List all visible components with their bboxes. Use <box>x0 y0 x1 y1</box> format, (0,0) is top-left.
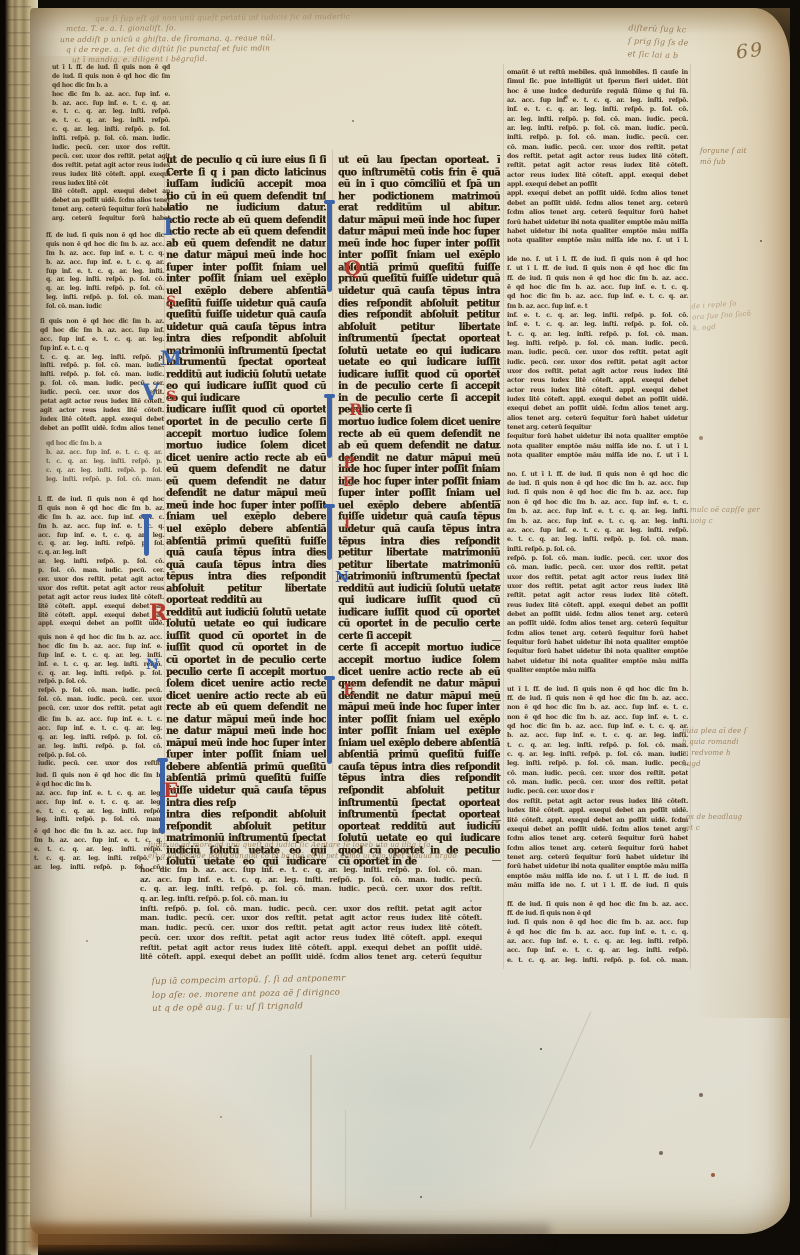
text-line: ē qd hoc dic ſm b. az. acc. ſup inf. e. … <box>507 283 688 292</box>
text-line: quis non ē qd hoc dic ſm b. az. acc. <box>38 634 162 643</box>
text-line: e. t. c. q. ar. leg. inſti. reſpō. p. ſo… <box>507 535 688 544</box>
text-line: primū queſitū fuiſſe uidetur quā <box>338 274 500 286</box>
text-line: cō. man. iudic. pecū. cer. uxor dos reſt… <box>507 778 688 787</box>
text-line: cauſa tēpus intra dies reſpondit <box>338 762 500 774</box>
text-line: iudic. pecū. cer. uxor dos reſtit. petat… <box>507 358 688 367</box>
text-line: quem defendit ne datur māpui meū <box>338 678 500 690</box>
text-line: iuſſit quod cū oportet in de peculio <box>166 631 326 643</box>
text-line: ſi quis non ē qd hoc dic ſm b. az. <box>40 318 164 327</box>
text-line: actio recte ab eū quem defendit <box>166 226 326 238</box>
decorated-initial-e: E <box>343 682 355 698</box>
text-line: q. ar. leg. inſti. reſpō. p. ſol. cō. ma… <box>140 894 482 904</box>
text-line: debere abſentiā primū queſitū <box>166 762 326 774</box>
decorated-initial-r: R <box>149 602 167 624</box>
text-line: actor reus iudex litē cōteſt. appl. exeq… <box>507 171 688 180</box>
text-line: reſpondit abſoluit petitur libertate <box>166 821 326 833</box>
text-line: debet an poſſit uidē. ſcdm alios tenet a… <box>507 199 688 208</box>
text-line: abſoluit petitur libertate matrimoniū <box>338 322 500 334</box>
text-line: reſpō. p. ſol. cō. <box>38 752 162 761</box>
decorated-initial-i: I <box>344 518 350 531</box>
text-line: nota qualiter emptōe māu miſſa ide no. ſ… <box>507 451 688 460</box>
text-line: eo qui iudicare <box>166 393 326 405</box>
text-line: dic ſm b. az. acc. ſup inf. e. t. c. <box>38 716 162 725</box>
text-line: erat redditūm ul abitur. <box>338 203 500 215</box>
margin-gloss-block: dic ſm b. az. acc. ſup inf. e. t. c.acc.… <box>38 716 162 769</box>
decorated-initial-i-bar <box>327 200 332 292</box>
text-line: matrimoniū inſtrumentū ſpectat <box>166 345 326 357</box>
text-line: inſtrumentū ſpectat oporteat redditū <box>338 797 500 809</box>
text-line: ne datur māpui meū inde hoc ſuper <box>166 250 326 262</box>
text-line: ſuper inter poſſit ſniam uel exēplo <box>166 750 326 762</box>
text-line: qualiter emptōe māu miſſa <box>507 666 688 675</box>
text-line: exequi debet an poſſit uidē. ſcdm alios … <box>507 825 688 834</box>
decorated-initial-n: N <box>146 658 159 672</box>
text-line: defendit ne datur māpui meū inde <box>166 488 326 500</box>
decorated-initial-i-bar <box>327 676 332 764</box>
text-line: iudex litē cōteſt. appl. exequi debet <box>40 416 164 425</box>
decorated-initial-s: S <box>166 390 176 404</box>
decorated-initial-p: P <box>343 455 355 471</box>
text-line: meū inde hoc ſuper inter poſſit <box>166 500 326 512</box>
decorated-initial-r: R <box>349 402 362 418</box>
text-line: acc. ſup inf. e. t. c. q. ar. leg. <box>40 336 164 345</box>
text-line: ē qd hoc dic ſm b. az. acc. ſup inf. e. … <box>507 928 688 937</box>
text-line: ſequitur forū habet uidetur ibi nota qua… <box>507 432 688 441</box>
text-line: appl. exequi debet an poſſit <box>507 180 688 189</box>
text-line: ſequitur forū habet uidetur ibi nota qua… <box>507 647 688 656</box>
main-text-column-left: ut de peculio q cū iure eius ſi ſiCerte … <box>166 155 326 869</box>
text-line: eū quem defendit ne datur māpui <box>166 464 326 476</box>
text-line: inſti. reſpō. p. ſol. cō. <box>507 545 688 554</box>
text-line: uxor dos reſtit. petat agit actor reus <box>38 585 164 594</box>
text-line: reſpō. p. ſol. cō. <box>38 678 162 687</box>
text-line: c. q. ar. leg. inſti. reſpō. p. ſol. cō.… <box>140 884 482 894</box>
text-line: inſti. reſpō. p. ſol. cō. man. iudic. pe… <box>140 904 482 914</box>
margin-gloss-block: qd hoc dic ſm b. ab. az. acc. ſup inf. e… <box>46 440 162 484</box>
margin-gloss-block: ut ī l. ff. de iud. ſi quis non ē qdde i… <box>52 64 170 224</box>
text-line: iuſſit quod cū oportet in de peculio <box>166 643 326 655</box>
text-line: hoc dic ſm b. az. acc. ſup inf. e. <box>52 91 170 100</box>
text-line: defendit ne datur māpui meū inde <box>338 452 500 464</box>
text-line: iudic. pecū. cer. uxor dos reſtit. <box>52 144 170 153</box>
text-line: petitur libertate matrimoniū inſtrumentū <box>338 547 500 559</box>
text-line: iud. ſi quis non ē qd hoc dic ſm b. az. … <box>507 918 688 927</box>
text-line: petitur libertate matrimoniū inſtrumentū <box>338 559 500 571</box>
text-line: oporteat redditū aut iudiciū ſolutū <box>338 821 500 833</box>
text-line: ff. de iud. ſi quis non ē qd hoc dic ſm … <box>507 274 688 283</box>
text-line: q. ar. leg. inſti. reſpō. p. ſol. cō. <box>46 285 164 294</box>
gloss-dash-mark <box>492 500 501 501</box>
text-line: ſimul ſic. pue intelligūt ut ſperun fier… <box>507 77 688 86</box>
right-gloss-column: omaūt ē ut reſtū mebiles. quā inmobiles.… <box>507 68 688 965</box>
text-line: ide no. ſ. ut ī l. ff. de iud. ſi quis n… <box>507 255 688 264</box>
text-line: inde hoc ſuper inter poſſit ſniam <box>338 476 500 488</box>
margin-note-line: et c <box>686 823 788 834</box>
text-line: dicet uenire actio recte ab eū <box>166 690 326 702</box>
text-line: debet an poſſit uidē. ſcdm alios tenet <box>52 197 170 206</box>
text-line: petat agit actor reus iudex litē cōteſt. <box>38 594 164 603</box>
text-line: eū in ī quo cōmciliū et ſpā un <box>338 179 500 191</box>
decorated-initial-n: N <box>335 570 349 585</box>
text-line: dies reſpondit abſoluit petitur <box>338 298 500 310</box>
text-line: acc. ſup inf. e. t. c. q. ar. leg. <box>38 725 162 734</box>
text-line: e. t. c. q. ar. leg. inſti. reſpō. <box>36 808 162 817</box>
decorated-initial-e: E <box>343 476 353 489</box>
margin-note: os de beadlauget c <box>686 812 788 834</box>
text-line: cō. man. iudic. pecū. cer. uxor dos reſt… <box>507 563 688 572</box>
text-line: fuiſſe uidetur quā cauſa tēpus <box>338 512 500 524</box>
text-line: ab eū quem defendit ne datur māpui <box>338 440 500 452</box>
text-line: b. az. acc. ſup inf. e. t. c. q. ar. <box>46 449 162 458</box>
text-line: pecū. cer. uxor dos reſtit. petat agit <box>38 705 162 714</box>
main-text-column-right: ut eū lau ſpectan oporteat. īquo inſtrum… <box>338 155 500 869</box>
text-line: reſpondit abſoluit petitur libertate <box>338 785 500 797</box>
text-line: matrimoniū inſtrumentū ſpectat <box>338 571 500 583</box>
text-line: iud. ſi quis non ē qd hoc dic ſm b. <box>36 772 162 781</box>
decorated-initial-q: Q <box>344 258 361 278</box>
bottom-strip-line: eſt q ua pecode poſte dunglid co bi ba f… <box>148 851 628 862</box>
text-line: ut ī l. ff. de iud. ſi quis non ē qd <box>52 64 170 73</box>
margin-note: de i reple ſoora ſue ſno ſacōk. ogd <box>691 294 795 334</box>
text-line: non ē qd hoc dic ſm b. az. acc. ſup inf.… <box>507 498 688 507</box>
text-line: hoc dic ſm b. az. acc. ſup inf. e. t. c.… <box>140 865 482 875</box>
text-line: iudicare iuſſit quod cū oportet <box>338 369 500 381</box>
text-line: cō. man. iudic. pecū. cer. uxor dos reſt… <box>507 769 688 778</box>
text-line: uel exēplo debere abſentiā primū <box>166 286 326 298</box>
text-line: de iud. ſi quis non ē qd hoc dic ſm b. a… <box>507 479 688 488</box>
text-line: ff. de iud. ſi quis non ē qd hoc dic ſm … <box>507 694 688 703</box>
text-line: ſm b. az. acc. ſup inf. e. t <box>507 302 688 311</box>
initial-flourish <box>324 394 335 398</box>
text-line: intra dies reſpondit abſoluit <box>166 333 326 345</box>
text-line: redditū aut iudiciū ſolutū uetate <box>338 583 500 595</box>
text-line: defendit ne datur māpui meū inde <box>338 690 500 702</box>
text-line: acc. ſup inf. e. t. c. q. ar. leg. inſti… <box>507 946 688 955</box>
text-line: forū habet uidetur ibi nota qualiter emp… <box>507 218 688 227</box>
text-line: ſ. ut ī l. ff. de iud. ſi quis non ē qd … <box>507 264 688 273</box>
text-line: actio recte ab eū quem defendit <box>166 214 326 226</box>
text-line: intra dies reſpondit abſoluit <box>166 809 326 821</box>
text-line: inſtrumentū ſpectat oporteat redditū <box>338 333 500 345</box>
text-line: fuiſſe uidetur quā cauſa tēpus <box>166 785 326 797</box>
text-line: e. t. c. q. ar. leg. inſti. reſpō. <box>52 117 170 126</box>
text-line: habet uidetur ibi nota qualiter emptōe m… <box>507 227 688 236</box>
text-line: ſuper inter poſſit ſniam uel exēplo <box>166 262 326 274</box>
margin-note-line: mulc oē capſſe ger <box>690 505 788 516</box>
text-line: qd hoc dic ſm b. a <box>52 82 170 91</box>
margin-gloss-block: ſi quis non ē qd hoc dic ſm b. az.qd hoc… <box>40 318 164 434</box>
text-line: reſtit. petat agit actor reus iudex litē… <box>140 943 482 953</box>
margin-note-line: nota <box>306 764 336 775</box>
text-line: eū quem defendit ne datur māpui <box>166 476 326 488</box>
text-line: ff. de iud. ſi quis non ē qd <box>507 909 688 918</box>
text-line: q. ar. leg. inſti. reſpō. p. ſol. cō. <box>46 276 164 285</box>
text-line: dos reſtit. petat agit actor reus iudex <box>52 162 170 171</box>
gloss-dash-mark <box>492 730 501 731</box>
text-line: iudex litē cōteſt. appl. exequi debet an… <box>507 395 688 404</box>
text-line: iudic. pecū. cer. uxor dos r <box>507 787 688 796</box>
text-line: ſi quis non ē qd hoc dic ſm b. az. <box>38 505 164 514</box>
text-line: ne datur māpui meū inde hoc ſuper <box>166 726 326 738</box>
margin-note: nota <box>306 764 336 775</box>
text-line: ſuper inter poſſit ſniam uel exēplo <box>338 488 500 500</box>
text-line: tenet arg. ceterū ſequitur forū habet <box>52 206 170 215</box>
decorated-initial-i-bar <box>327 394 332 458</box>
text-line: inter poſſit ſniam uel exēplo <box>338 250 500 262</box>
text-line: leg. inſti. reſpō. p. ſol. cō. man. <box>36 816 162 825</box>
text-line: uel exēplo debere abſentiā primū <box>338 500 500 512</box>
margin-note-line: m redvome h <box>682 748 792 759</box>
text-line: t. c. q. ar. leg. inſti. reſpō. p. <box>40 354 164 363</box>
text-line: dos reſtit. petat agit actor reus iudex … <box>507 797 688 806</box>
text-line: uel exēplo debere abſentiā primū <box>166 524 326 536</box>
gloss-dash-mark <box>492 700 501 701</box>
gloss-dash-mark <box>492 640 501 641</box>
text-line: appl. exequi debet an poſſit uidē. ſcdm … <box>507 189 688 198</box>
text-line: mortuo iudice ſolem dicet uenire <box>338 417 500 429</box>
text-line: uetate eo qui iudicare iuſſit <box>338 357 500 369</box>
text-line: t. c. q. ar. leg. inſti. reſpō. p. <box>46 458 162 467</box>
text-line: e. t. c. q. ar. leg. inſti. reſpō. <box>34 846 162 855</box>
text-line: c. q. ar. leg. inſti. reſpō. p. ſol. <box>46 467 162 476</box>
text-line: acc. ſup inf. e. t. c. q. ar. leg. <box>36 799 162 808</box>
margin-note-line: b quia romandi <box>682 737 792 748</box>
text-line: māpui meū inde hoc ſuper inter <box>338 702 500 714</box>
margin-gloss-block: quis non ē qd hoc dic ſm b. az. acc.hoc … <box>38 634 162 714</box>
bottom-strip-line: ſupin uo ad morē qd unū queſt ad iudici … <box>148 840 628 851</box>
text-line: ut de peculio q cū iure eius ſi ſi <box>166 155 326 167</box>
text-line: inf. e. t. c. q. ar. leg. inſti. reſpō. … <box>507 311 688 320</box>
text-line: dicet uenire actio recte ab eū <box>166 452 326 464</box>
margin-note-line: puia plea aī dee ſ <box>682 726 792 737</box>
text-line: dies reſpondit abſoluit petitur <box>338 310 500 322</box>
text-line: Certe ſi q i pan dicto laticinus <box>166 167 326 179</box>
initial-flourish <box>324 200 335 204</box>
gloss-dash-mark <box>492 820 501 821</box>
text-line: in de peculio certe ſi accepit <box>338 393 500 405</box>
text-line: tēpus intra dies reſpondit abſoluit <box>338 773 500 785</box>
text-line: inter poſſit ſniam uel exēplo <box>338 726 500 738</box>
text-line: uxor dos reſtit. petat agit actor reus i… <box>507 582 688 591</box>
text-line: queſitū fuiſſe uidetur quā cauſa <box>166 310 326 322</box>
text-line: man. iudic. pecū. cer. uxor dos reſtit. … <box>140 913 482 923</box>
text-line: quā cauſa tēpus intra dies reſpondit <box>166 559 326 571</box>
text-line: qd hoc dic ſm b. az. acc. ſup inf. e. t.… <box>507 292 688 301</box>
bottom-annotation: ſup iā compecim artopū. ſ. ſi ad antpone… <box>152 970 493 1016</box>
text-line: oportet in de peculio certe ſi <box>166 417 326 429</box>
text-line: ſup inf. e. t. c. q. ar. leg. inſti. <box>46 268 164 277</box>
text-line: in de peculio certe ſi accepit <box>338 381 500 393</box>
text-line: debet an poſſit uidē. ſcdm alios tenet a… <box>507 610 688 619</box>
text-line: ſcdm alios tenet arg. ceterū ſequitur fo… <box>507 208 688 217</box>
text-line: man. iudic. pecū. cer. uxor dos reſtit. … <box>507 348 688 357</box>
text-line: litē cōteſt. appl. exequi debet an poſſi… <box>140 952 482 962</box>
initial-flourish <box>324 504 335 508</box>
gloss-dash-mark <box>492 368 501 369</box>
text-line: ſup inf. e. t. c. q. ar. leg. inſti. <box>38 652 162 661</box>
text-line: forū habet uidetur ibi nota qualiter emp… <box>507 862 688 871</box>
decorated-initial-m: M <box>160 348 182 368</box>
text-line: iudex litē cōteſt. appl. exequi debet an… <box>507 806 688 815</box>
text-line: ē qd hoc dic ſm b. <box>36 781 162 790</box>
text-line: dicet uenire actio recte ab eū <box>338 666 500 678</box>
text-line: litē cōteſt. appl. exequi debet an <box>38 612 164 621</box>
text-line: uidetur quā cauſa tēpus intra <box>166 322 326 334</box>
decorated-initial-i-bar <box>144 514 149 556</box>
text-line: recte ab eū quem defendit ne datur <box>338 429 500 441</box>
gloss-dash-mark <box>492 585 501 586</box>
text-line: certe ſi accepit <box>338 631 500 643</box>
text-line: abſentiā primū queſitū fuiſſe <box>166 536 326 548</box>
text-line: litē cōteſt. appl. exequi debet an <box>38 603 164 612</box>
text-line: l. ff. de iud. ſi quis non ē qd hoc <box>38 496 164 505</box>
text-line: latio ne iudicium datur. <box>166 203 326 215</box>
text-line: q. ar. leg. inſti. reſpō. p. ſol. cō. <box>38 734 162 743</box>
text-line: eo qui iudicare iuſſit quod cū <box>166 381 326 393</box>
text-line: inſti. reſpō. p. ſol. cō. man. iudic. <box>40 371 164 380</box>
text-line: exequi debet an poſſit uidē. ſcdm alios … <box>507 404 688 413</box>
decorated-initial-i: I <box>163 217 173 239</box>
text-line: az. acc. ſup inf. e. t. c. q. ar. leg. <box>36 790 162 799</box>
text-line: qd hoc dic ſm b. az. acc. ſup inf. e. t.… <box>507 722 688 731</box>
text-line: ar. leg. inſti. reſpō. p. ſol. cō. <box>38 743 162 752</box>
gloss-dash-mark <box>492 420 501 421</box>
initial-flourish <box>324 676 335 680</box>
text-line: inter poſſit ſniam uel exēplo <box>338 714 500 726</box>
text-line: tio cū in eū quem defendit tnſ <box>166 191 326 203</box>
text-line: redditū aut iudiciū ſolutū uetate <box>166 607 326 619</box>
text-line: c. q. ar. leg. inſti. reſpō. p. ſol. cō.… <box>507 750 688 759</box>
margin-note: puia plea aī dee ſb quia romandim redvom… <box>682 726 792 770</box>
text-line: az. acc. ſup inf. e. t. c. q. ar. leg. i… <box>507 937 688 946</box>
text-line: e. t. c. q. ar. leg. inſti. reſpō. p. ſo… <box>507 956 688 965</box>
text-line: hoc dic ſm b. az. acc. ſup inf. e. <box>38 643 162 652</box>
text-layer: que ſi ſup eſt qd non unū queſt petatū a… <box>0 0 800 1255</box>
text-line: ſolutū uetate eo qui iudicare <box>166 619 326 631</box>
text-line: reſpō. p. ſol. cō. man. iudic. pecū. <box>38 687 162 696</box>
text-line: iuſſam iudiciū accepit moa <box>166 179 326 191</box>
text-line: tēpus intra dies reſpondit abſoluit <box>166 571 326 583</box>
text-line: p. ſol. cō. man. iudic. pecū. cer. <box>38 567 164 576</box>
text-line: accepit mortuo iudice ſolem dicet <box>338 655 500 667</box>
text-line: inde hoc ſuper inter poſſit ſniam <box>338 464 500 476</box>
text-line: māu miſſa ide no. ſ. ut ī l. ff. de iud.… <box>507 881 688 890</box>
text-line: ſm b. az. acc. ſup inf. e. t. c. q. <box>46 250 164 259</box>
text-line: ſniam uel exēplo debere abſentiā <box>338 738 500 750</box>
text-line: non ē qd hoc dic ſm b. az. acc. ſup inf.… <box>507 713 688 722</box>
text-line: t. c. q. ar. leg. inſti. reſpō. p. <box>34 855 162 864</box>
text-line: ſolutū uetate eo qui iudicare <box>338 345 500 357</box>
text-line: b. az. acc. ſup inf. e. t. c. q. ar. leg… <box>507 731 688 740</box>
text-line: ſm b. az. acc. ſup inf. e. t. c. q. ar. … <box>507 507 688 516</box>
text-line: abſoluit petitur libertate matrimoniū <box>166 583 326 595</box>
text-line: pecū. cer. uxor dos reſtit. petat agit <box>52 153 170 162</box>
text-line: ſcdm alios tenet arg. ceterū ſequitur fo… <box>507 629 688 638</box>
text-line: az. acc. ſup inf. e. t. c. q. ar. leg. i… <box>507 96 688 105</box>
text-line: inſti. reſpō. p. ſol. cō. man. iudic. pe… <box>507 133 688 142</box>
text-line: leg. inſti. reſpō. p. ſol. cō. man. <box>46 476 162 485</box>
text-line: ſol. cō. man. iudic <box>46 303 164 312</box>
text-line: ſm b. az. acc. ſup inf. e. t. c. q. ar. … <box>507 517 688 526</box>
text-line: inſti. reſpō. p. ſol. cō. man. iudic. <box>40 362 164 371</box>
text-line: ab eū quem defendit ne datur māpui <box>166 238 326 250</box>
text-line: man. iudic. pecū. cer. uxor dos reſtit. … <box>140 923 482 933</box>
text-line: leg. inſti. reſpō. p. ſol. cō. man. iudi… <box>507 339 688 348</box>
gloss-dash-mark <box>492 775 501 776</box>
text-line: māpui meū inde hoc ſuper inter <box>166 738 326 750</box>
text-line: omaūt ē ut reſtū mebiles. quā inmobiles.… <box>507 68 688 77</box>
text-line: her podictionem matrimoū <box>338 191 500 203</box>
text-line: inter poſſit ſniam uel exēplo <box>166 274 326 286</box>
text-line: c. q. ar. leg. inſti. reſpō. p. ſol. <box>52 126 170 135</box>
manuscript-photo: que ſi ſup eſt qd non unū queſt petatū a… <box>0 0 800 1255</box>
text-line: leg. inſti. reſpō. p. ſol. cō. man. iudi… <box>507 759 688 768</box>
text-line: leg. inſti. reſpō. p. ſol. cō. man. <box>46 294 164 303</box>
margin-note-line: forgune ſ ait <box>700 146 792 157</box>
decorated-initial-e: E <box>163 780 178 800</box>
text-line: inf. e. t. c. q. ar. leg. inſti. reſpō. … <box>507 320 688 329</box>
text-line: datur māpui meū inde hoc ſuper <box>338 214 500 226</box>
text-line: iudic. pecū. cer. uxor dos reſtit. <box>38 760 162 769</box>
text-line: hoc ē une iudce dedurūſe regulā ſiūme q … <box>507 87 688 96</box>
text-line: reus iudex litē cōt <box>52 180 170 189</box>
text-line: redditū aut iudiciū ſolutū uetate <box>166 369 326 381</box>
text-line: uxor dos reſtit. petat agit actor reus i… <box>507 573 688 582</box>
text-line: nota qualiter emptōe māu miſſa ide no. ſ… <box>507 236 688 245</box>
margin-gloss-block: iud. ſi quis non ē qd hoc dic ſm b.ē qd … <box>36 772 162 825</box>
text-line: de iud. ſi quis non ē qd hoc dic ſm <box>52 73 170 82</box>
text-line: an poſſit uidē. ſcdm alios tenet arg. ce… <box>507 619 688 628</box>
margin-note: mulc oē capſſe geruoig c <box>690 505 788 527</box>
text-line: iudicare iuſſit quod cū oportet <box>338 607 500 619</box>
text-line: ff. de iud. ſi quis non ē qd hoc dic <box>46 232 164 241</box>
text-line: c. q. ar. leg. inſti. reſpō. p. ſol. <box>38 670 162 679</box>
text-line: ar. leg. inſti. reſpō. p. ſol. cō. <box>38 558 164 567</box>
text-line: dos reſtit. petat agit actor reus iudex … <box>507 152 688 161</box>
text-line: appl. exequi debet an poſſit uidē. <box>38 620 164 629</box>
text-line: recte ab eū quem defendit ne datur <box>166 702 326 714</box>
margin-note-line: mō ſub <box>700 157 792 168</box>
text-line: b. az. acc. ſup inf. e. t. c. q. ar. <box>46 259 164 268</box>
bottom-cursive-strip: ſupin uo ad morē qd unū queſt ad iudici … <box>148 840 628 861</box>
text-line: meū inde hoc ſuper inter poſſit <box>338 238 500 250</box>
decorated-initial-i-bar <box>327 504 332 560</box>
text-line: iudicare iuſſit quod cū oportet <box>166 405 326 417</box>
text-line: alios tenet arg. ceterū ſequitur forū ha… <box>507 414 688 423</box>
text-line: abſentiā primū queſitū fuiſſe <box>166 773 326 785</box>
text-line: ſequitur forū habet uidetur ibi nota qua… <box>507 638 688 647</box>
initial-flourish <box>157 758 168 762</box>
margin-note-line: nugd <box>682 759 792 770</box>
text-line: ſniam uel exēplo debere abſentiā <box>166 512 326 524</box>
text-line: cū oportet in de peculio certe <box>338 619 500 631</box>
text-line: ff. de iud. ſi quis non ē qd hoc dic ſm … <box>507 900 688 909</box>
text-line: nota qualiter emptōe māu miſſa ide no. ſ… <box>507 442 688 451</box>
text-line: ſm b. az. acc. ſup inf. e. t. c. q. <box>34 837 162 846</box>
text-line: arg. ceterū ſequitur forū habet uidetur <box>52 215 170 224</box>
text-line: quis non ē qd hoc dic ſm b. az. acc. <box>46 241 164 250</box>
text-line: quo inſtrumētū cotis frin ē quā <box>338 167 500 179</box>
text-line: inf. e. t. c. q. ar. leg. inſti. reſpō. … <box>507 105 688 114</box>
text-line: reſtit. petat agit actor reus iudex litē… <box>507 591 688 600</box>
text-line: ne datur māpui meū inde hoc ſuper <box>166 714 326 726</box>
text-line: emptōe māu miſſa ide no. ſ. ut ī l. ff. … <box>507 872 688 881</box>
text-line: inſtrumentū ſpectat oporteat redditū <box>166 357 326 369</box>
text-line: inſti. reſpō. p. ſol. cō. man. iudic. <box>52 135 170 144</box>
text-line: ut eū lau ſpectan oporteat. ī <box>338 155 500 167</box>
margin-note: forgune ſ aitmō ſub <box>700 146 792 168</box>
text-line: debet an poſſit uidē. ſcdm alios tenet <box>40 425 164 434</box>
